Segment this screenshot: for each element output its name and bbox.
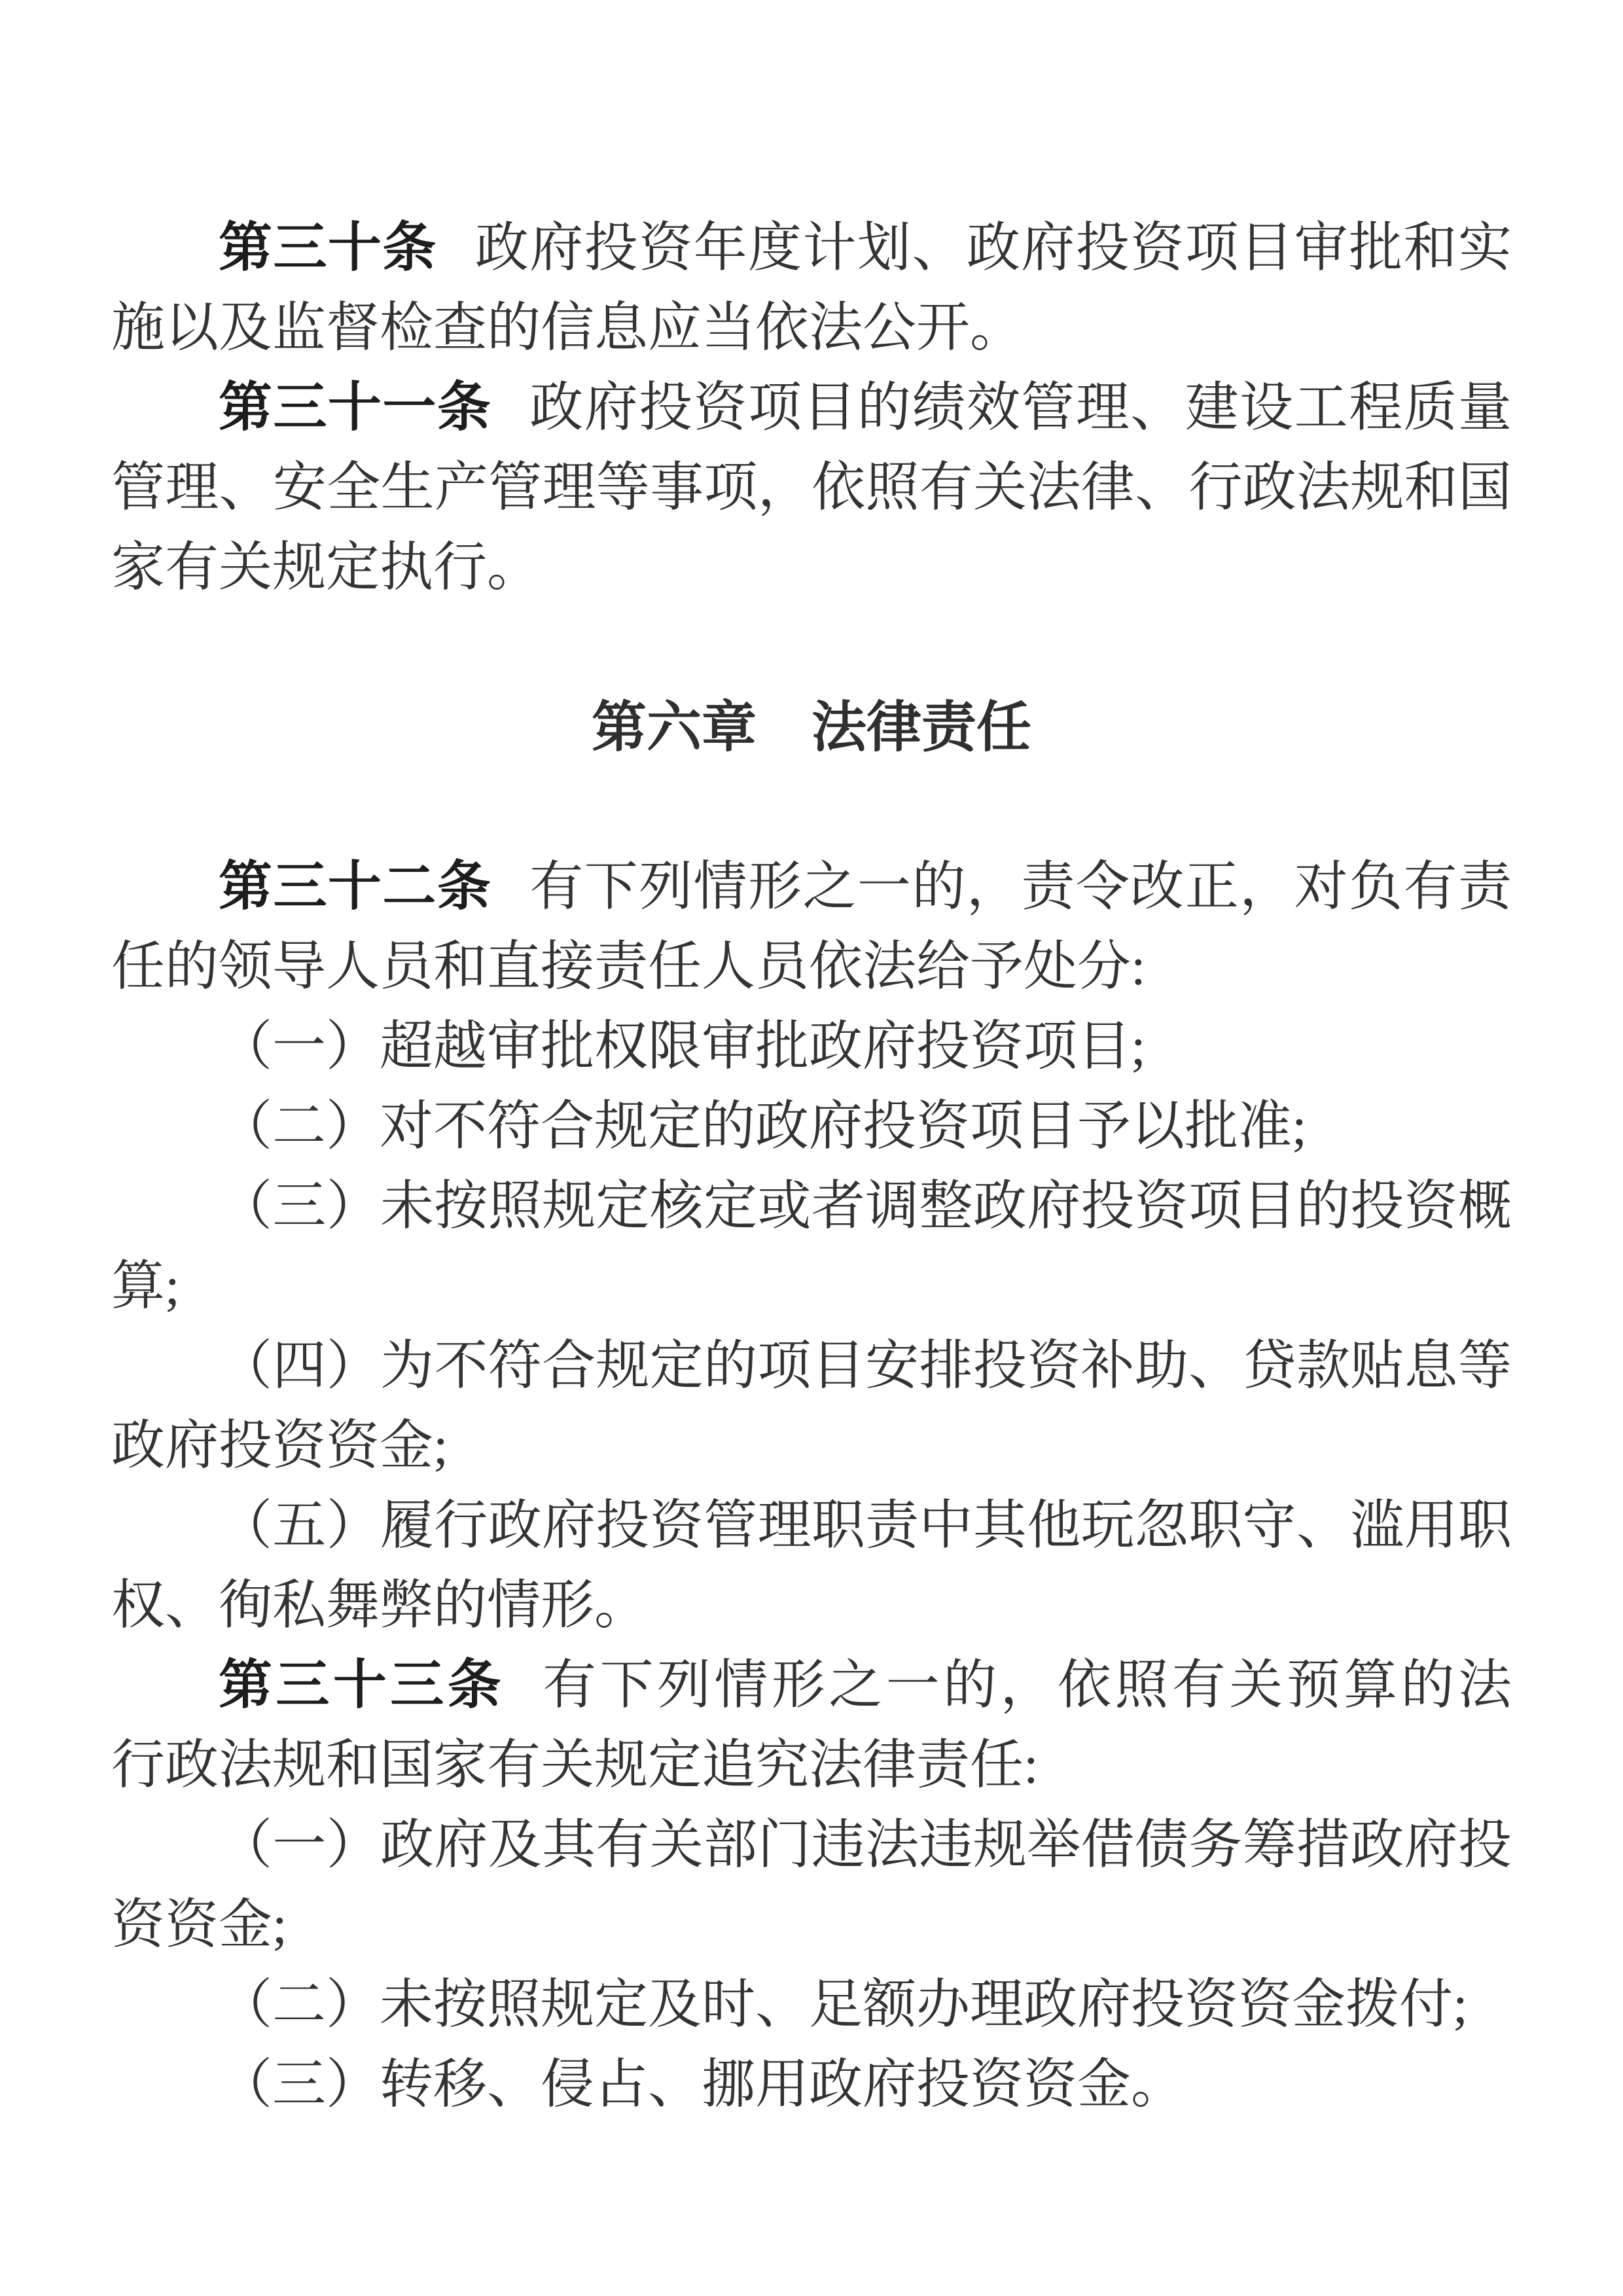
text-line: （一）政府及其有关部门违法违规举借债务筹措政府投 xyxy=(111,1805,1512,1885)
text-line: 第三十二条有下列情形之一的，责令改正，对负有责 xyxy=(111,847,1512,927)
line-text: 行政法规和国家有关规定追究法律责任: xyxy=(111,1735,1039,1795)
text-line: （三）转移、侵占、挪用政府投资资金。 xyxy=(111,2045,1512,2125)
blank-line xyxy=(111,607,1512,687)
line-text: 资资金; xyxy=(111,1895,287,1954)
text-line: 权、徇私舞弊的情形。 xyxy=(111,1566,1512,1645)
text-line: 施以及监督检查的信息应当依法公开。 xyxy=(111,288,1512,368)
line-text: 任的领导人员和直接责任人员依法给予处分: xyxy=(111,937,1146,996)
line-text: （一）超越审批权限审批政府投资项目; xyxy=(219,1016,1146,1076)
article-number: 第三十一条 xyxy=(219,378,491,437)
text-line: 政府投资资金; xyxy=(111,1406,1512,1486)
chapter-heading: 第六章 法律责任 xyxy=(111,687,1512,767)
text-line: 资资金; xyxy=(111,1885,1512,1965)
line-text: 有下列情形之一的，责令改正，对负有责 xyxy=(529,857,1512,916)
text-line: （二）对不符合规定的政府投资项目予以批准; xyxy=(111,1086,1512,1166)
text-line: 第三十一条政府投资项目的绩效管理、建设工程质量 xyxy=(111,368,1512,448)
line-text: （一）政府及其有关部门违法违规举借债务筹措政府投 xyxy=(219,1815,1512,1874)
line-text: （二）对不符合规定的政府投资项目予以批准; xyxy=(219,1096,1307,1156)
line-text: 管理、安全生产管理等事项，依照有关法律、行政法规和国 xyxy=(111,457,1512,517)
text-line: 算; xyxy=(111,1246,1512,1326)
line-text: 家有关规定执行。 xyxy=(111,537,541,597)
text-line: （四）为不符合规定的项目安排投资补助、贷款贴息等 xyxy=(111,1326,1512,1406)
text-line: 第三十三条有下列情形之一的，依照有关预算的法律、 xyxy=(111,1645,1512,1725)
line-text: 施以及监督检查的信息应当依法公开。 xyxy=(111,298,1024,357)
blank-line xyxy=(111,767,1512,847)
text-line: （三）未按照规定核定或者调整政府投资项目的投资概 xyxy=(111,1166,1512,1246)
article-number: 第三十二条 xyxy=(219,857,491,916)
text-line: 任的领导人员和直接责任人员依法给予处分: xyxy=(111,927,1512,1007)
line-text: 政府投资项目的绩效管理、建设工程质量 xyxy=(529,378,1512,437)
line-text: 政府投资资金; xyxy=(111,1416,448,1475)
text-line: 行政法规和国家有关规定追究法律责任: xyxy=(111,1725,1512,1805)
document-page: 第三十条政府投资年度计划、政府投资项目审批和实施以及监督检查的信息应当依法公开。… xyxy=(0,0,1623,2296)
line-text: （四）为不符合规定的项目安排投资补助、贷款贴息等 xyxy=(219,1336,1512,1395)
article-number: 第三十三条 xyxy=(219,1655,505,1715)
line-text: （五）履行政府投资管理职责中其他玩忽职守、滥用职 xyxy=(219,1496,1512,1555)
line-text: 算; xyxy=(111,1256,180,1316)
text-line: 第三十条政府投资年度计划、政府投资项目审批和实 xyxy=(111,208,1512,288)
line-text: 权、徇私舞弊的情形。 xyxy=(111,1575,648,1635)
text-line: （一）超越审批权限审批政府投资项目; xyxy=(111,1007,1512,1086)
text-line: （五）履行政府投资管理职责中其他玩忽职守、滥用职 xyxy=(111,1486,1512,1566)
text-line: 家有关规定执行。 xyxy=(111,528,1512,607)
article-number: 第三十条 xyxy=(219,218,437,278)
text-line: 管理、安全生产管理等事项，依照有关法律、行政法规和国 xyxy=(111,448,1512,528)
line-text: （二）未按照规定及时、足额办理政府投资资金拨付; xyxy=(219,1975,1468,2034)
line-text: 政府投资年度计划、政府投资项目审批和实 xyxy=(475,218,1512,278)
line-text: （三）未按照规定核定或者调整政府投资项目的投资概 xyxy=(219,1176,1512,1236)
text-line: （二）未按照规定及时、足额办理政府投资资金拨付; xyxy=(111,1965,1512,2045)
line-text: （三）转移、侵占、挪用政府投资资金。 xyxy=(219,2054,1185,2114)
document-body: 第三十条政府投资年度计划、政府投资项目审批和实施以及监督检查的信息应当依法公开。… xyxy=(111,208,1512,2125)
